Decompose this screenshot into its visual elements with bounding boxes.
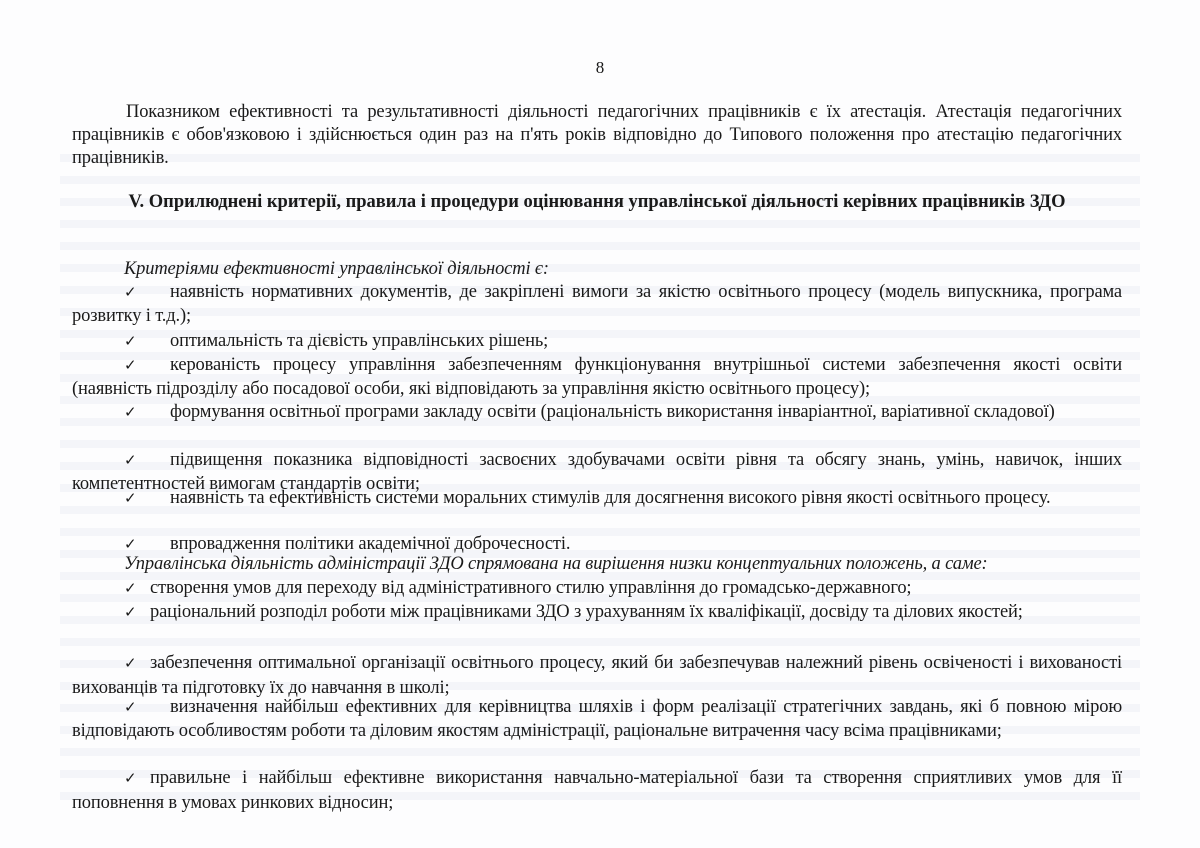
checkmark-icon: ✓ (124, 448, 170, 472)
admin-item: ✓раціональний розподіл роботи між праців… (72, 600, 1122, 624)
criteria-item: ✓керованість процесу управління забезпеч… (72, 353, 1122, 401)
admin-item-text: визначення найбільш ефективних для керів… (72, 697, 1122, 741)
checkmark-icon: ✓ (124, 280, 170, 304)
admin-item: ✓правильне і найбільш ефективне використ… (72, 766, 1122, 816)
admin-item-text: забезпечення оптимальної організації осв… (72, 653, 1122, 698)
checkmark-icon: ✓ (124, 486, 170, 510)
checkmark-icon: ✓ (124, 600, 150, 624)
page-number: 8 (0, 58, 1200, 78)
checkmark-icon: ✓ (124, 329, 170, 353)
checkmark-icon: ✓ (124, 400, 170, 424)
criteria-item: ✓наявність та ефективність системи морал… (72, 486, 1122, 510)
criteria-item-text: впровадження політики академічної доброч… (170, 534, 570, 554)
admin-intro: Управлінська діяльність адміністрації ЗД… (124, 553, 1124, 576)
criteria-item: ✓формування освітньої програми закладу о… (72, 400, 1122, 424)
intro-paragraph: Показником ефективності та результативно… (72, 101, 1122, 170)
checkmark-icon: ✓ (124, 766, 150, 791)
admin-item-text: створення умов для переходу від адмініст… (150, 578, 911, 598)
admin-item-text: правильне і найбільш ефективне використа… (72, 768, 1122, 813)
checkmark-icon: ✓ (124, 695, 170, 719)
checkmark-icon: ✓ (124, 576, 150, 600)
criteria-item-text: керованість процесу управління забезпече… (72, 355, 1122, 399)
criteria-item-text: формування освітньої програми закладу ос… (170, 402, 1055, 422)
criteria-item: ✓наявність нормативних документів, де за… (72, 280, 1122, 328)
criteria-item-text: наявність нормативних документів, де зак… (72, 282, 1122, 326)
criteria-item-text: наявність та ефективність системи мораль… (170, 488, 1050, 508)
admin-item-text: раціональний розподіл роботи між працівн… (150, 602, 1023, 622)
criteria-item-text: оптимальність та дієвість управлінських … (170, 331, 548, 351)
criteria-intro: Критеріями ефективності управлінської ді… (124, 258, 1124, 281)
admin-item: ✓визначення найбільш ефективних для кері… (72, 695, 1122, 743)
admin-item: ✓забезпечення оптимальної організації ос… (72, 651, 1122, 701)
admin-item: ✓створення умов для переходу від адмініс… (72, 576, 1122, 600)
criteria-item: ✓оптимальність та дієвість управлінських… (72, 329, 1122, 353)
checkmark-icon: ✓ (124, 353, 170, 377)
checkmark-icon: ✓ (124, 651, 150, 676)
section-heading: V. Оприлюднені критерії, правила і проце… (72, 191, 1122, 214)
document-page: 8 Показником ефективності та результатив… (0, 0, 1200, 848)
